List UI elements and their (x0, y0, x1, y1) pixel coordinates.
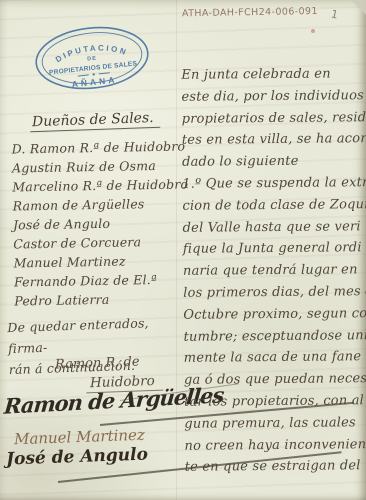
text-line: este dia, por los individuos (181, 85, 361, 108)
text-line: cion de toda clase de Zoquin (182, 194, 362, 217)
text-line: propietarios de sales, residen (182, 107, 362, 130)
text-line: Octubre proximo, segun cos (183, 303, 363, 326)
text-line: fique la Junta general ordi (183, 238, 363, 261)
text-line: En junta celebrada en (181, 63, 361, 86)
text-line: te en que se estraigan del (185, 456, 365, 479)
text-line: no creen haya inconvenien (184, 434, 364, 457)
archive-reference: ATHA-DAH-FCH24-006-091 (182, 6, 332, 20)
signature-huidobro-line1: Ramon R. de (55, 355, 140, 373)
owners-list: D. Ramon R.ª de Huidobro Agustin Ruiz de… (12, 137, 187, 311)
ink-spot (311, 29, 315, 33)
signature-angulo: José de Angulo (6, 445, 149, 470)
text-line: tes en esta villa, se ha acor (182, 129, 362, 152)
page-number: 1 (330, 7, 340, 21)
text-line: 1.º Que se suspenda la extrac (182, 172, 362, 195)
note-line: De quedar enterados, firma- (7, 311, 188, 359)
stamp-place: AÑANA (71, 75, 117, 90)
text-line: tumbre; esceptuandose unica (183, 325, 363, 348)
owners-heading: Dueños de Sales. (30, 110, 160, 133)
text-line: naria que tendrá lugar en (183, 259, 363, 282)
stamp-de: DE (87, 56, 97, 63)
text-line: ga ó dos que puedan necesi (184, 368, 364, 391)
text-line: tar los propietarios, con al (184, 390, 364, 413)
stamp-divider-dot (92, 73, 95, 76)
document-scan: ATHA-DAH-FCH24-006-091 1 DIPUTACION DE P… (0, 0, 366, 500)
owner-name: D. Ramon R.ª de Huidobro (12, 137, 184, 159)
text-line: del Valle hasta que se veri (183, 216, 363, 239)
text-line: mente la saca de una fane (184, 347, 364, 370)
text-line: los primeros dias, del mes de (183, 281, 363, 304)
owner-name: Pedro Latierra (14, 288, 186, 310)
owner-name: Marcelino R.ª de Huidobro (12, 175, 184, 197)
main-text-column: En junta celebrada en este dia, por los … (181, 63, 365, 479)
text-line: guna premura, las cuales (184, 412, 364, 435)
text-line: dado lo siguiente (182, 150, 362, 173)
page-corner-fold (351, 0, 366, 15)
oval-stamp: DIPUTACION DE PROPIETARIOS DE SALES AÑAN… (25, 16, 160, 101)
